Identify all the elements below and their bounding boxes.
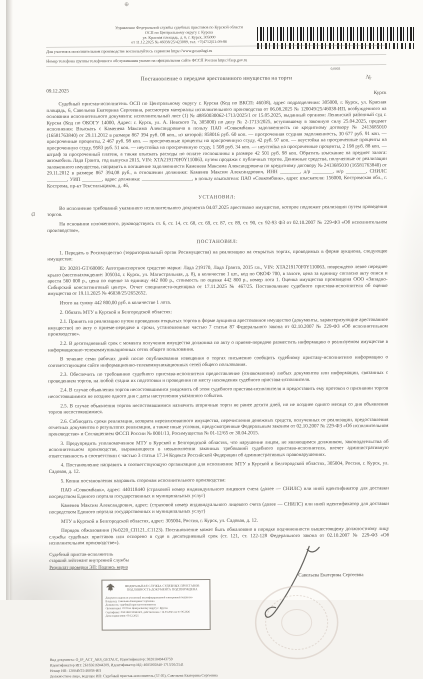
postanovil-item: ID: 30281-GT/60006: Автотранспортное сре… bbox=[47, 264, 387, 298]
postanovil-item: Порядок обжалования (№0220_СП121_С1123).… bbox=[49, 526, 389, 547]
letterhead: Управление Федеральной службы судебных п… bbox=[46, 24, 386, 46]
margin-handwritten-mark: а bbox=[30, 209, 36, 219]
postanovil-item: 2. Обязать МТУ в Курской и Белгородской … bbox=[48, 308, 388, 316]
postanovil-item: ПАО «Совкомбанк», адрес: 440118440 (стра… bbox=[49, 486, 389, 501]
postanovil-item: МТУ в Курской и Белгородской областях, а… bbox=[49, 517, 389, 525]
postanovil-item: 3. Предупредить уполномоченное МТУ в Кур… bbox=[49, 439, 389, 460]
postanovil-item: 2.3. Обеспечить по требованию судебного … bbox=[48, 370, 388, 385]
signature-area: Судебный пристав-исполнитель старший лей… bbox=[49, 550, 390, 600]
postanovil-heading: ПОСТАНОВИЛ: bbox=[47, 238, 387, 246]
ustanovil-paragraph: Во исполнение требований указанного испо… bbox=[47, 204, 387, 219]
stamp-header-line: Подлинность документа подтверждена bbox=[118, 588, 207, 592]
scan-smudge bbox=[393, 180, 423, 440]
postanovil-item: Каменев Максим Александрович, адрес: (ст… bbox=[49, 501, 389, 516]
postanovil-item: 1. Передать в Росимущество (территориаль… bbox=[47, 248, 387, 263]
document-title: Постановление о передаче арестованного и… bbox=[46, 75, 386, 84]
postanovil-item: 2.4. В случае объявления торгов несостоя… bbox=[48, 386, 388, 401]
postanovil-item: В течение семи рабочих дней после опубли… bbox=[48, 354, 388, 369]
postanovil-item: 2.5. В случае объявления торгов несостоя… bbox=[48, 401, 388, 416]
postanovil-item: 4. Постановление направить в соответству… bbox=[49, 461, 389, 476]
postanovil-item: Итого на сумму 442 800,00 руб. в количес… bbox=[48, 298, 388, 306]
postanovil-item: 2.2. В десятидневный срок с момента полу… bbox=[48, 339, 388, 354]
letterhead-line: от 11.12.2025 № 46038/25/423089, тел. +7… bbox=[74, 39, 284, 45]
postanovil-item: 5. Копии постановления направить сторона… bbox=[49, 476, 389, 484]
signature-verification-note: Результат проверки ЭП: Подпись верна bbox=[49, 565, 129, 572]
registration-mark: ⊕ bbox=[124, 1, 129, 8]
signer-rank-line: старший лейтенант внутренней службы bbox=[49, 558, 129, 565]
doc-code: 0,0003 bbox=[46, 66, 386, 72]
handwritten-number-mark: № bbox=[365, 73, 372, 81]
ustanovil-heading: УСТАНОВИЛ: bbox=[47, 194, 387, 202]
postanovil-item: 2.1. Принять на реализацию путем проведе… bbox=[48, 317, 388, 338]
scan-edge-shadow bbox=[6, 0, 13, 600]
document-date: 09.12.2025 bbox=[46, 89, 69, 99]
coat-of-arms-icon bbox=[105, 583, 115, 595]
preamble-paragraph: Судебный пристав-исполнитель ОСП по Цент… bbox=[46, 99, 387, 189]
scanned-document-page: ⊕ а Управление Федеральной службы судебн… bbox=[0, 0, 423, 600]
document-city: Курск bbox=[374, 90, 387, 96]
postanovil-item: 2.6. Соблюдать сроки реализации, возврат… bbox=[48, 417, 388, 438]
digital-signature-stamp: Федеральная служба судебных приставов По… bbox=[101, 579, 210, 600]
round-seal bbox=[251, 582, 342, 600]
document-content: Управление Федеральной службы судебных п… bbox=[46, 24, 390, 600]
ustanovil-paragraph: На основании изложенного, руководствуясь… bbox=[47, 219, 387, 234]
